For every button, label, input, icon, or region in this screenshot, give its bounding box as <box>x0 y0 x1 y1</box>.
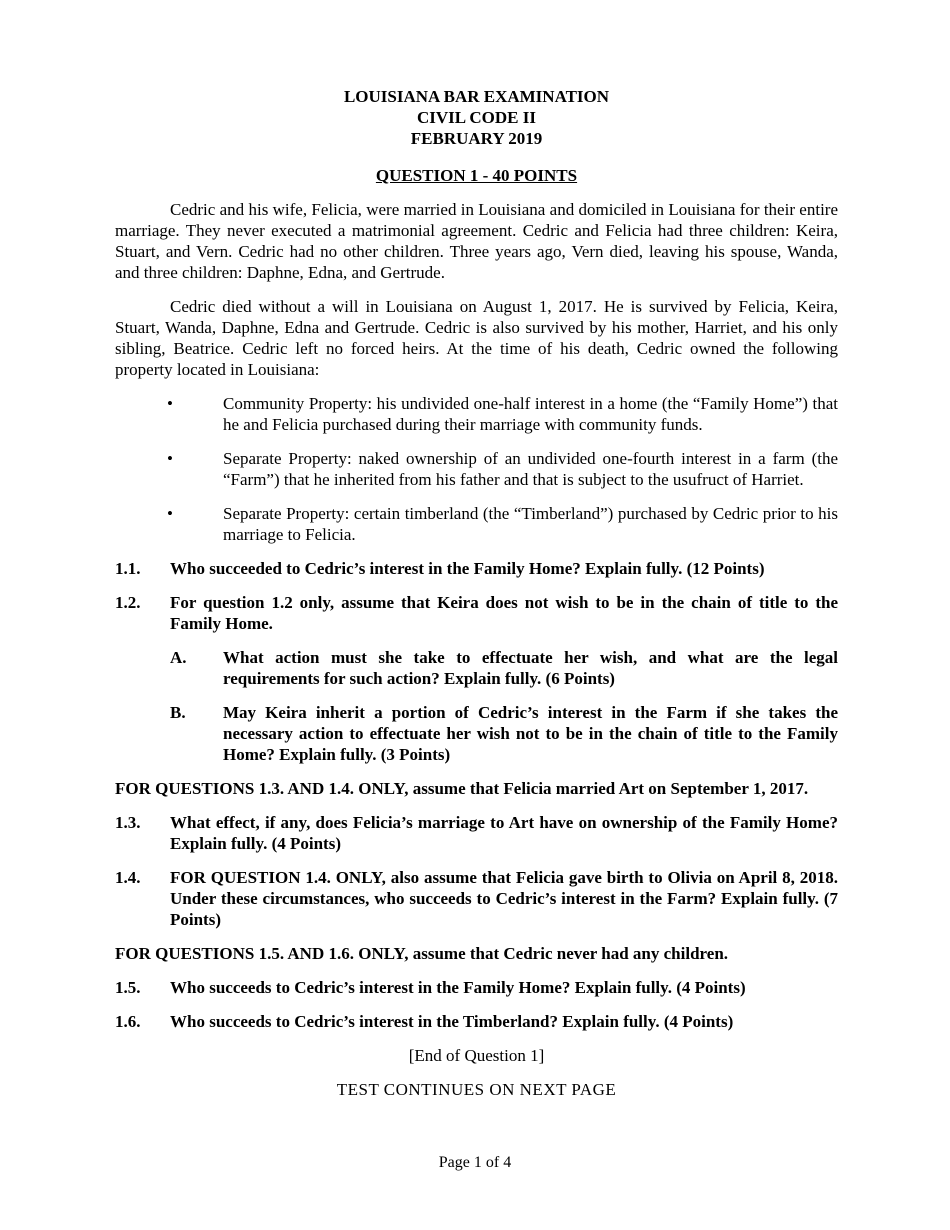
sub-question-b: B. May Keira inherit a portion of Cedric… <box>170 702 838 765</box>
question-text: Who succeeds to Cedric’s interest in the… <box>170 1011 838 1032</box>
question-text: For question 1.2 only, assume that Keira… <box>170 592 838 634</box>
intro-paragraph-2: Cedric died without a will in Louisiana … <box>115 296 838 380</box>
question-number: 1.4. <box>115 867 170 930</box>
question-1-3: 1.3. What effect, if any, does Felicia’s… <box>115 812 838 854</box>
question-heading: QUESTION 1 - 40 POINTS <box>115 165 838 186</box>
bullet-text: Community Property: his undivided one-ha… <box>223 393 838 435</box>
test-continues-line: TEST CONTINUES ON NEXT PAGE <box>115 1079 838 1100</box>
note-questions-1-5-1-6: FOR QUESTIONS 1.5. AND 1.6. ONLY, assume… <box>115 943 838 964</box>
exam-title: LOUISIANA BAR EXAMINATION <box>115 86 838 107</box>
bullet-text: Separate Property: naked ownership of an… <box>223 448 838 490</box>
sub-question-text: What action must she take to effectuate … <box>223 647 838 689</box>
exam-date: FEBRUARY 2019 <box>115 128 838 149</box>
question-1-6: 1.6. Who succeeds to Cedric’s interest i… <box>115 1011 838 1032</box>
question-1-1: 1.1. Who succeeded to Cedric’s interest … <box>115 558 838 579</box>
question-1-5: 1.5. Who succeeds to Cedric’s interest i… <box>115 977 838 998</box>
question-number: 1.6. <box>115 1011 170 1032</box>
intro-paragraph-1: Cedric and his wife, Felicia, were marri… <box>115 199 838 283</box>
note-questions-1-3-1-4: FOR QUESTIONS 1.3. AND 1.4. ONLY, assume… <box>115 778 838 799</box>
question-1-4: 1.4. FOR QUESTION 1.4. ONLY, also assume… <box>115 867 838 930</box>
sub-question-text: May Keira inherit a portion of Cedric’s … <box>223 702 838 765</box>
bullet-item-separate-property-timberland: • Separate Property: certain timberland … <box>167 503 838 545</box>
end-of-question-line: [End of Question 1] <box>115 1045 838 1066</box>
question-number: 1.2. <box>115 592 170 634</box>
page-number: Page 1 of 4 <box>0 1152 950 1173</box>
question-1-2: 1.2. For question 1.2 only, assume that … <box>115 592 838 634</box>
document-page: LOUISIANA BAR EXAMINATION CIVIL CODE II … <box>0 0 950 1230</box>
question-text: Who succeeded to Cedric’s interest in th… <box>170 558 838 579</box>
question-number: 1.1. <box>115 558 170 579</box>
document-header: LOUISIANA BAR EXAMINATION CIVIL CODE II … <box>115 86 838 149</box>
bullet-text: Separate Property: certain timberland (t… <box>223 503 838 545</box>
sub-question-letter: B. <box>170 702 223 765</box>
bullet-item-community-property: • Community Property: his undivided one-… <box>167 393 838 435</box>
question-text: Who succeeds to Cedric’s interest in the… <box>170 977 838 998</box>
question-text: What effect, if any, does Felicia’s marr… <box>170 812 838 854</box>
exam-subject: CIVIL CODE II <box>115 107 838 128</box>
question-number: 1.5. <box>115 977 170 998</box>
question-text: FOR QUESTION 1.4. ONLY, also assume that… <box>170 867 838 930</box>
bullet-item-separate-property-farm: • Separate Property: naked ownership of … <box>167 448 838 490</box>
bullet-icon: • <box>167 503 223 545</box>
bullet-icon: • <box>167 393 223 435</box>
bullet-icon: • <box>167 448 223 490</box>
question-number: 1.3. <box>115 812 170 854</box>
sub-question-letter: A. <box>170 647 223 689</box>
sub-question-a: A. What action must she take to effectua… <box>170 647 838 689</box>
